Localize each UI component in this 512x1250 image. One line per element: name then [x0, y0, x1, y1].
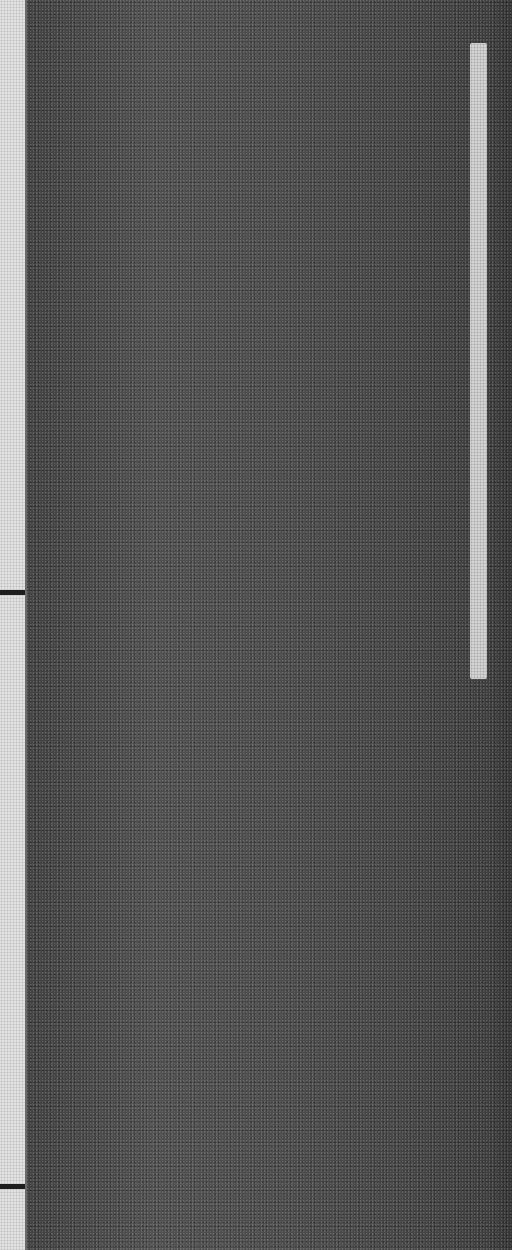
asphalt-road-surface [0, 0, 512, 1250]
pavement-seam [0, 1184, 25, 1189]
pavement-seam [0, 590, 25, 595]
solid-edge-line [0, 0, 27, 1250]
road-shoulder-shade [490, 0, 512, 1250]
dashed-lane-marking [470, 43, 487, 679]
